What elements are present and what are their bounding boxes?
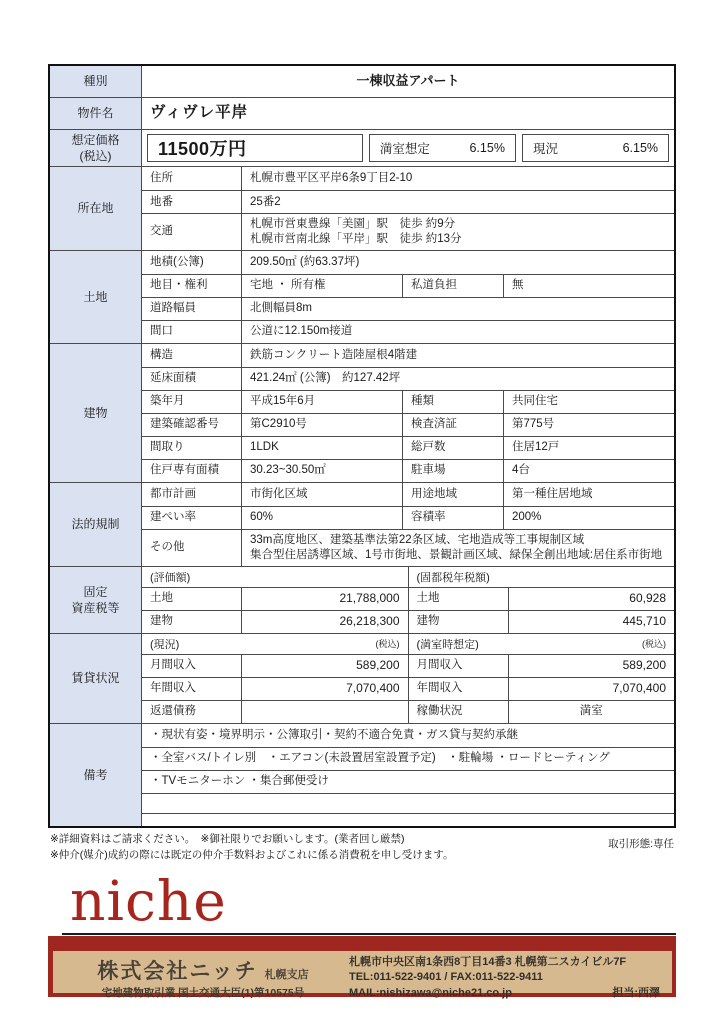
- brand-red-bar: [48, 936, 676, 951]
- footnote-line2: ※仲介(媒介)成約の際には既定の仲介手数料およびこれに係る消費税を申し受けます。: [50, 847, 453, 863]
- company-name: 株式会社ニッチ: [97, 960, 257, 983]
- assessed-land-value: 21,788,000: [242, 588, 408, 610]
- tax-header-line2: 資産税等: [71, 600, 119, 616]
- assessed-building-label: 建物: [142, 611, 242, 633]
- total-units-label: 総戸数: [402, 437, 504, 459]
- access-line1: 札幌市営東豊線「美園」駅 徒歩 約9分: [250, 217, 455, 232]
- floor-area-label: 延床面積: [142, 368, 242, 390]
- company-tel-fax: TEL:011-522-9401 / FAX:011-522-9411: [349, 970, 666, 985]
- section-legal: 法的規制 都市計画 市街化区域 用途地域 第一種住居地域 建ぺい率 60% 容積…: [50, 482, 674, 566]
- address-value: 札幌市豊平区平岸6条9丁目2-10: [242, 167, 674, 190]
- annual-land-value: 60,928: [509, 588, 675, 610]
- row-header-price: 想定価格 (税込): [50, 130, 142, 166]
- rental-current-tax-note: (税込): [376, 637, 400, 650]
- current-annual-value: 7,070,400: [242, 678, 408, 700]
- city-plan-value: 市街化区域: [242, 483, 402, 506]
- footnote-line1: ※詳細資料はご請求ください。 ※御社限りでお願いします。(業者回し厳禁): [50, 831, 453, 847]
- lot-number-value: 25番2: [242, 191, 674, 213]
- annual-land-label: 土地: [409, 588, 509, 610]
- yield-current-value: 6.15%: [623, 141, 658, 155]
- property-name-value: ヴィヴレ平岸: [142, 98, 674, 129]
- built-date-value: 平成15年6月: [242, 391, 402, 413]
- section-name: 物件名 ヴィヴレ平岸: [50, 97, 674, 129]
- section-price: 想定価格 (税込) 11500万円 満室想定 6.15% 現況 6.15%: [50, 129, 674, 166]
- occupancy-value: 満室: [509, 701, 675, 723]
- rental-current-title-text: (現況): [150, 636, 179, 652]
- row-header-building: 建物: [50, 344, 142, 482]
- contact-person: 担当:西澤: [612, 986, 660, 1001]
- full-monthly-value: 589,200: [509, 655, 675, 677]
- coverage-ratio-label: 建ぺい率: [142, 507, 242, 529]
- company-name-block: 株式会社ニッチ札幌支店 宅地建物取引業 国土交通大臣(1)第10575号: [57, 954, 349, 991]
- address-label: 住所: [142, 167, 242, 190]
- city-plan-label: 都市計画: [142, 483, 242, 506]
- coverage-ratio-value: 60%: [242, 507, 402, 529]
- floor-ratio-value: 200%: [504, 507, 674, 529]
- niche-logo: niche: [70, 874, 227, 929]
- logo-underline: [62, 933, 676, 935]
- land-area-label: 地積(公簿): [142, 251, 242, 274]
- full-annual-value: 7,070,400: [509, 678, 675, 700]
- frontage-label: 間口: [142, 321, 242, 343]
- lot-number-label: 地番: [142, 191, 242, 213]
- layout-value: 1LDK: [242, 437, 402, 459]
- company-footer: niche 株式会社ニッチ札幌支店 宅地建物取引業 国土交通大臣(1)第1057…: [48, 876, 676, 998]
- section-building: 建物 構造 鉄筋コンクリート造陸屋根4階建 延床面積 421.24㎡ (公簿) …: [50, 343, 674, 482]
- row-header-name-label: 物件名: [77, 105, 113, 121]
- legal-other-value: 33m高度地区、建築基準法第22条区域、宅地造成等工事規制区域 集合型住居誘導区…: [242, 530, 674, 566]
- parking-value: 4台: [504, 460, 674, 482]
- full-monthly-label: 月間収入: [409, 655, 509, 677]
- zoning-label: 用途地域: [402, 483, 504, 506]
- section-tax: 固定 資産税等 (評価額) (固都税年税額): [50, 566, 674, 633]
- company-mail: MAIL:nishizawa@niche21.co.jp: [349, 986, 512, 1001]
- annual-building-value: 445,710: [509, 611, 675, 633]
- section-land: 土地 地積(公簿) 209.50㎡ (約63.37坪) 地目・権利 宅地 ・ 所…: [50, 250, 674, 343]
- company-address: 札幌市中央区南1条西8丁目14番3 札幌第二スカイビル7F: [349, 955, 666, 970]
- legal-other-line2: 集合型住居誘導区域、1号市街地、景観計画区域、緑保全創出地域:居住系市街地: [250, 548, 662, 563]
- land-header-label: 土地: [83, 289, 107, 305]
- parking-label: 駐車場: [402, 460, 504, 482]
- row-header-rental: 賃貸状況: [50, 634, 142, 723]
- land-area-value: 209.50㎡ (約63.37坪): [242, 251, 674, 274]
- assessed-value-title: (評価額): [142, 567, 408, 587]
- deposit-value: [242, 701, 408, 723]
- occupancy-label: 稼働状況: [409, 701, 509, 723]
- private-road-label: 私道負担: [402, 275, 504, 297]
- floor-area-value: 421.24㎡ (公簿) 約127.42坪: [242, 368, 674, 390]
- yield-current-box: 現況 6.15%: [522, 134, 669, 162]
- rental-full-title-text: (満室時想定): [417, 636, 479, 652]
- tax-header-line1: 固定: [83, 584, 107, 600]
- row-header-type: 種別: [50, 66, 142, 97]
- floor-ratio-label: 容積率: [402, 507, 504, 529]
- rental-current-title: (現況) (税込): [142, 634, 408, 654]
- annual-tax-title-text: (固都税年税額): [417, 569, 490, 585]
- yield-full-box: 満室想定 6.15%: [369, 134, 516, 162]
- building-header-label: 建物: [83, 405, 107, 421]
- property-sheet-page: 種別 一棟収益アパート 物件名 ヴィヴレ平岸 想定価格 (税込): [0, 0, 724, 1024]
- legal-other-line1: 33m高度地区、建築基準法第22条区域、宅地造成等工事規制区域: [250, 533, 584, 548]
- section-rental: 賃貸状況 (現況) (税込) (満室時想定) (税込): [50, 633, 674, 723]
- current-monthly-value: 589,200: [242, 655, 408, 677]
- yield-full-value: 6.15%: [469, 141, 504, 155]
- assessed-building-value: 26,218,300: [242, 611, 408, 633]
- assessed-title-text: (評価額): [150, 569, 190, 585]
- current-annual-label: 年間収入: [142, 678, 242, 700]
- section-type: 種別 一棟収益アパート: [50, 66, 674, 97]
- annual-tax-title: (固都税年税額): [409, 567, 675, 587]
- land-category-label: 地目・権利: [142, 275, 242, 297]
- price-value: 11500万円: [147, 134, 363, 162]
- inspection-cert-value: 第775号: [504, 414, 674, 436]
- remarks-line1: ・現状有姿・境界明示・公簿取引・契約不適合免責・ガス貸与契約承継: [142, 724, 674, 747]
- row-header-tax: 固定 資産税等: [50, 567, 142, 633]
- legal-header-label: 法的規制: [71, 516, 119, 532]
- building-kind-value: 共同住宅: [504, 391, 674, 413]
- remarks-header-label: 備考: [83, 767, 107, 783]
- location-header-label: 所在地: [77, 200, 113, 216]
- license-number: 宅地建物取引業 国土交通大臣(1)第10575号: [57, 985, 349, 1000]
- section-location: 所在地 住所 札幌市豊平区平岸6条9丁目2-10 地番 25番2 交通 札幌市営…: [50, 166, 674, 250]
- remarks-empty-row-1: [142, 794, 674, 813]
- building-kind-label: 種類: [402, 391, 504, 413]
- company-info-panel: 株式会社ニッチ札幌支店 宅地建物取引業 国土交通大臣(1)第10575号 札幌市…: [48, 951, 676, 997]
- rental-full-tax-note: (税込): [642, 637, 666, 650]
- remarks-line3: ・TVモニターホン ・集合郵便受け: [142, 771, 674, 793]
- confirmation-number-label: 建築確認番号: [142, 414, 242, 436]
- zoning-value: 第一種住居地域: [504, 483, 674, 506]
- unit-area-value: 30.23~30.50㎡: [242, 460, 402, 482]
- yield-full-label: 満室想定: [380, 139, 430, 157]
- access-value: 札幌市営東豊線「美園」駅 徒歩 約9分 札幌市営南北線「平岸」駅 徒歩 約13分: [242, 214, 674, 250]
- yield-current-label: 現況: [533, 139, 558, 157]
- layout-label: 間取り: [142, 437, 242, 459]
- row-header-type-label: 種別: [83, 73, 107, 89]
- remarks-line2: ・全室バス/トイレ別 ・エアコン(未設置居室設置予定) ・駐輪場 ・ロードヒーテ…: [142, 748, 674, 770]
- structure-value: 鉄筋コンクリート造陸屋根4階建: [242, 344, 674, 367]
- price-header-line1: 想定価格: [71, 132, 119, 148]
- legal-other-label: その他: [142, 530, 242, 566]
- row-header-location: 所在地: [50, 167, 142, 250]
- deposit-label: 返還債務: [142, 701, 242, 723]
- frontage-value: 公道に12.150m接道: [242, 321, 674, 343]
- property-spec-table: 種別 一棟収益アパート 物件名 ヴィヴレ平岸 想定価格 (税込): [48, 64, 676, 828]
- deal-type: 取引形態:専任: [608, 836, 674, 851]
- rental-header-label: 賃貸状況: [71, 670, 119, 686]
- rental-full-title: (満室時想定) (税込): [409, 634, 675, 654]
- section-remarks: 備考 ・現状有姿・境界明示・公簿取引・契約不適合免責・ガス貸与契約承継 ・全室バ…: [50, 723, 674, 826]
- branch-name: 札幌支店: [265, 969, 309, 981]
- structure-label: 構造: [142, 344, 242, 367]
- inspection-cert-label: 検査済証: [402, 414, 504, 436]
- confirmation-number-value: 第C2910号: [242, 414, 402, 436]
- land-category-value: 宅地 ・ 所有権: [242, 275, 402, 297]
- private-road-value: 無: [504, 275, 674, 297]
- type-value: 一棟収益アパート: [142, 66, 674, 97]
- row-header-legal: 法的規制: [50, 483, 142, 566]
- unit-area-label: 住戸専有面積: [142, 460, 242, 482]
- access-label: 交通: [142, 214, 242, 250]
- remarks-empty-row-2: [142, 814, 674, 826]
- footnotes: ※詳細資料はご請求ください。 ※御社限りでお願いします。(業者回し厳禁) ※仲介…: [50, 831, 453, 864]
- road-width-value: 北側幅員8m: [242, 298, 674, 320]
- row-header-name: 物件名: [50, 98, 142, 129]
- built-date-label: 築年月: [142, 391, 242, 413]
- current-monthly-label: 月間収入: [142, 655, 242, 677]
- row-header-land: 土地: [50, 251, 142, 343]
- annual-building-label: 建物: [409, 611, 509, 633]
- assessed-land-label: 土地: [142, 588, 242, 610]
- price-header-line2: (税込): [80, 148, 112, 164]
- full-annual-label: 年間収入: [409, 678, 509, 700]
- access-line2: 札幌市営南北線「平岸」駅 徒歩 約13分: [250, 232, 462, 247]
- company-contact-block: 札幌市中央区南1条西8丁目14番3 札幌第二スカイビル7F TEL:011-52…: [349, 954, 666, 991]
- road-width-label: 道路幅員: [142, 298, 242, 320]
- total-units-value: 住居12戸: [504, 437, 674, 459]
- row-header-remarks: 備考: [50, 724, 142, 826]
